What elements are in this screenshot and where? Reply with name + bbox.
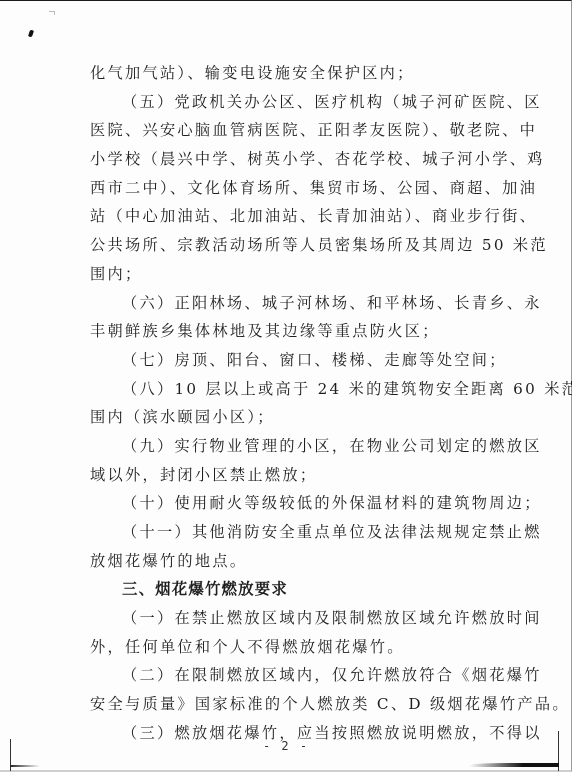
text-line: （八）10 层以上或高于 24 米的建筑物安全距离 60 米范: [90, 375, 492, 404]
page-number: - 2 -: [0, 739, 572, 753]
text-line: 西市二中）、文化体育场所、集贸市场、公园、商超、加油: [90, 174, 492, 203]
viewer-background: [572, 0, 581, 777]
text-line: 域以外，封闭小区禁止燃放；: [90, 461, 492, 490]
text-line: （一）在禁止燃放区域内及限制燃放区域允许燃放时间: [90, 604, 492, 633]
text-line: 医院、兴安心脑血管病医院、正阳孝友医院）、敬老院、中: [90, 116, 492, 145]
text-line: （六）正阳林场、城子河林场、和平林场、长青乡、永: [90, 289, 492, 318]
text-line: 外，任何单位和个人不得燃放烟花爆竹。: [90, 633, 492, 662]
text-line: 化气加气站）、输变电设施安全保护区内；: [90, 59, 492, 88]
scan-artifact-corner: [49, 11, 55, 15]
text-line: （九）实行物业管理的小区，在物业公司划定的燃放区: [90, 432, 492, 461]
text-line: （十一）其他消防安全重点单位及法律法规规定禁止燃: [90, 518, 492, 547]
scan-shadow-right: [469, 763, 559, 767]
document-page: 化气加气站）、输变电设施安全保护区内； （五）党政机关办公区、医疗机构（城子河矿…: [0, 0, 572, 772]
text-line: （五）党政机关办公区、医疗机构（城子河矿医院、区: [90, 88, 492, 117]
text-line: 站（中心加油站、北加油站、长青加油站）、商业步行街、: [90, 202, 492, 231]
text-line: 围内（滨水颐园小区）；: [90, 403, 492, 432]
text-line: 安全与质量》国家标准的个人燃放类 C、D 级烟花爆竹产品。: [90, 690, 492, 719]
section-heading: 三、烟花爆竹燃放要求: [90, 575, 492, 604]
text-line: 围内；: [90, 260, 492, 289]
text-line: （二）在限制燃放区域内，仅允许燃放符合《烟花爆竹: [90, 661, 492, 690]
text-line: 公共场所、宗教活动场所等人员密集场所及其周边 50 米范: [90, 231, 492, 260]
scan-artifact-mark: [28, 30, 34, 38]
document-body: 化气加气站）、输变电设施安全保护区内； （五）党政机关办公区、医疗机构（城子河矿…: [90, 59, 492, 748]
text-line: （七）房顶、阳台、窗口、楼梯、走廊等处空间；: [90, 346, 492, 375]
text-line: 丰朝鲜族乡集体林地及其边缘等重点防火区；: [90, 317, 492, 346]
text-line: 放烟花爆竹的地点。: [90, 547, 492, 576]
text-line: 小学校（晨兴中学、树英小学、杏花学校、城子河小学、鸡: [90, 145, 492, 174]
scan-shadow-left: [10, 765, 40, 767]
text-line: （十）使用耐火等级较低的外保温材料的建筑物周边；: [90, 489, 492, 518]
